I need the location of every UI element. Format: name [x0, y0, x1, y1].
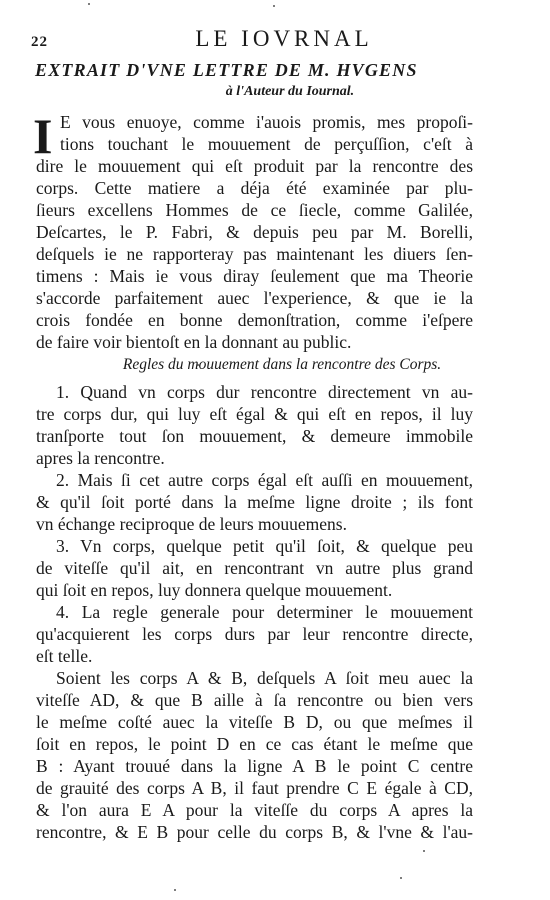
rule-line: 1. Quand vn corps dur rencontre directem…: [56, 381, 473, 403]
rule-line: tre corps dur, qui luy eſt égal & qui eſ…: [36, 403, 473, 425]
ink-blot: [197, 364, 199, 366]
rule-line: de viteſſe qu'il ait, en rencontrant vn …: [36, 557, 473, 579]
paper-speck: [400, 877, 402, 879]
rule-line: tranſporte tout ſon mouuement, & demeure…: [36, 425, 473, 447]
rule-line: & qu'il ſoit porté dans la meſme ligne d…: [36, 491, 473, 513]
paper-speck: [273, 5, 275, 7]
rule-line: rencontre, & E B pour celle du corps B, …: [36, 821, 473, 843]
paragraph-line: de faire voir bientoſt en la donnant au …: [36, 331, 473, 353]
paragraph-line: timens : Mais ie vous diray ſeulement qu…: [36, 265, 473, 287]
paragraph-line: corps. Cette matiere a déja été examinée…: [36, 177, 473, 199]
rule-line: vn échange reciproque de leurs mouuemens…: [36, 513, 473, 535]
rule-line: qu'acquierent les corps durs par leur re…: [36, 623, 473, 645]
rule-line: apres la rencontre.: [36, 447, 473, 469]
rule-line: Soient les corps A & B, deſquels A ſoit …: [56, 667, 473, 689]
paper-speck: [423, 850, 425, 852]
paper-speck: [88, 3, 90, 5]
section-heading: Regles du mouuement dans la rencontre de…: [0, 356, 550, 374]
paragraph-line: Deſcartes, le P. Fabri, & depuis peu par…: [36, 221, 473, 243]
paragraph-line: s'accorde parfaitement auec l'experience…: [36, 287, 473, 309]
rule-line: 4. La regle generale pour determiner le …: [56, 601, 473, 623]
paragraph-line: E vous enuoye, comme i'auois promis, mes…: [60, 111, 473, 133]
rule-line: de grauité des corps A B, il faut prendr…: [36, 777, 473, 799]
rule-line: le meſme coſté auec la viteſſe B D, ou q…: [36, 711, 473, 733]
paper-speck: [174, 889, 176, 891]
rule-line: 2. Mais ſi cet autre corps égal eſt auſſ…: [56, 469, 473, 491]
article-subtitle: à l'Auteur du Iournal.: [0, 84, 550, 100]
rule-line: viteſſe AD, & que B aille à ſa rencontre…: [36, 689, 473, 711]
dropcap-initial: I: [33, 113, 52, 159]
paragraph-line: ſieurs excellens Hommes de ce ſiecle, co…: [36, 199, 473, 221]
paragraph-line: tions touchant le mouuement de perçuſſio…: [60, 133, 473, 155]
paragraph-line: deſquels ie ne rapporteray pas maintenan…: [36, 243, 473, 265]
paragraph-line: dire le mouuement qui eſt produit par la…: [36, 155, 473, 177]
book-page: 22 LE IOVRNAL EXTRAIT D'VNE LETTRE DE M.…: [0, 0, 550, 900]
rule-line: & l'on aura E A pour la viteſſe du corps…: [36, 799, 473, 821]
rule-line: ſoit en repos, le point D en ce cas étan…: [36, 733, 473, 755]
rule-line: B : Ayant trouué dans la ligne A B le po…: [36, 755, 473, 777]
rule-line: eſt telle.: [36, 645, 473, 667]
article-title: EXTRAIT D'VNE LETTRE DE M. HVGENS: [35, 60, 480, 81]
rule-line: 3. Vn corps, quelque petit qu'il ſoit, &…: [56, 535, 473, 557]
rule-line: qui ſoit en repos, luy donnera quelque m…: [36, 579, 473, 601]
paragraph-line: crois fondée en bonne demonſtration, com…: [36, 309, 473, 331]
running-head: LE IOVRNAL: [0, 26, 550, 52]
